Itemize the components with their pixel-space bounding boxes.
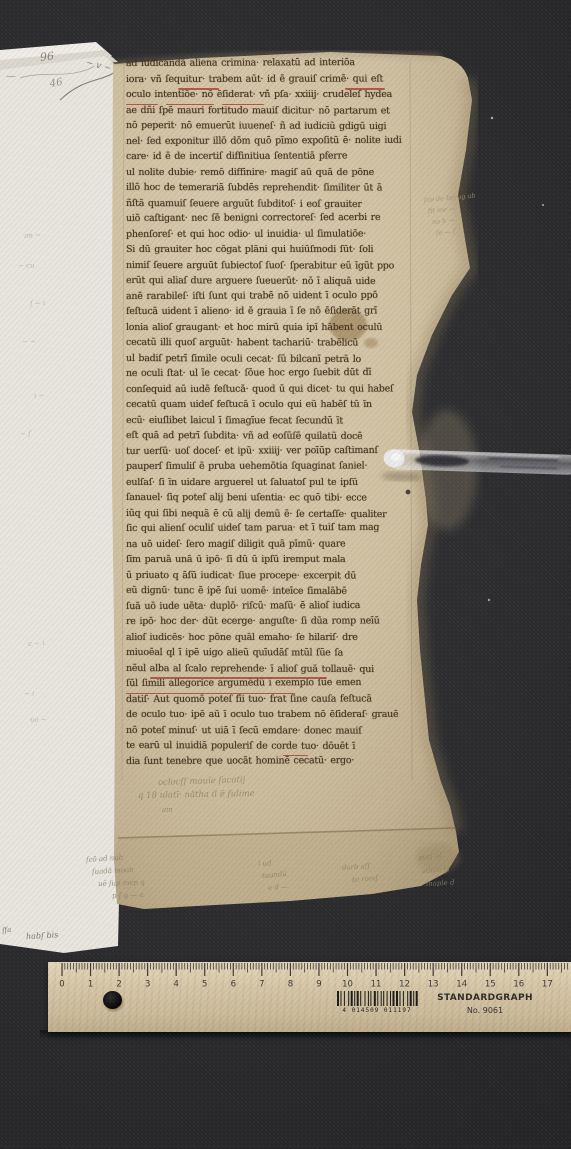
ruler-number: 0 [59, 980, 64, 990]
manuscript-text-line: conſequid aū iudē feſtucā· quod ū qui di… [126, 381, 412, 397]
manuscript-text-line: nimiſ ſeuere arguūt ſubiectoſ ſuoſ· ſper… [126, 258, 412, 274]
red-underline-mark [166, 104, 214, 106]
ruler: 01234567891011121314151617 4 014509 0111… [48, 962, 571, 1032]
red-underline-mark [126, 693, 295, 695]
manuscript-text-line: care· id ē de incertiſ diffinitiua ſente… [126, 148, 412, 164]
ruler-barcode-digits: 4 014509 011197 [334, 1007, 420, 1014]
manuscript-text-line: ſuā uō iude uēta· duplō· riſcū· maſū· ē … [126, 597, 412, 614]
ruler-brand: STANDARDGRAPH [430, 993, 540, 1003]
manuscript-text-line: ad iudicandā aliena crimina· relaxatū ad… [126, 55, 412, 72]
flyleaf-mark: ſfa [1, 925, 12, 935]
flyleaf-mark: ~ cu [18, 261, 35, 270]
manuscript-text-line: pauperſ ſimuliſ ē pruba uehemōtia ſquagi… [126, 458, 412, 474]
bottom-scribble: p ſ q — a [112, 891, 144, 900]
flyleaf-mark: ~ ~ [22, 337, 36, 346]
manuscript-text-line: anē rarabileſ· iſti ſunt qui trabē nō ui… [126, 287, 412, 304]
ruler-number: 2 [116, 980, 121, 990]
manuscript-text-block: ad iudicandā aliena crimina· relaxatū ad… [126, 56, 412, 769]
manuscript-photo-scene: ad iudicandā aliena crimina· relaxatū ad… [0, 0, 571, 1149]
faded-annotation: am [162, 806, 173, 814]
red-underline-mark [345, 88, 385, 90]
manuscript-text-line: ſic qui alienſ oculiſ uideſ tam parua· e… [126, 520, 412, 537]
manuscript-text-line: uiō caſtigant· nec ſē benigni correctore… [126, 210, 412, 227]
flyleaf-mark: ~ ı [24, 689, 35, 698]
manuscript-text-line: na uō uideſ· ſero magiſ diligit quā pīmū… [126, 536, 412, 552]
manuscript-text-line: miuoēal ql ī ipē uigo alieū quīudāſ mtūl… [126, 645, 412, 661]
manuscript-text-line: feſtucā uident ī alieno· id ē grauia ī ſ… [126, 303, 412, 319]
ruler-number: 17 [542, 980, 553, 990]
ruler-number: 3 [145, 980, 150, 990]
manuscript-text-line: lonia alioſ graugant· et hoc mirū quia i… [126, 320, 412, 336]
flyleaf-mark: ım ~ [24, 231, 41, 240]
flyleaf-mark: ſ ~ ı [30, 299, 46, 308]
fabric-speck [542, 204, 544, 206]
ruler-number: 7 [259, 980, 264, 990]
manuscript-text-line: ecū· eiuſlibet laicul ī ſimagīue fecat ſ… [126, 413, 412, 429]
fabric-speck [491, 117, 493, 119]
ruler-number: 15 [485, 980, 496, 990]
manuscript-text-line: de oculo tuo· ipē aū ī oculo tuo trabem … [126, 707, 412, 723]
flyleaf-mark: c ~ ı [28, 639, 45, 648]
ruler-number: 8 [288, 980, 293, 990]
flyleaf-mark: 46 [49, 77, 63, 90]
red-underline-mark [222, 104, 264, 106]
fabric-speck [488, 599, 490, 601]
bottom-scribble: ĩ ud [258, 859, 272, 868]
ruler-number: 5 [202, 980, 207, 990]
manuscript-text-line: phenſoreſ· et qui hoc odio· ul inuidia· … [126, 226, 412, 242]
manuscript-text-line: tur uerſū· uoſ doceſ· et ipū· xxiiij· ve… [126, 442, 412, 459]
ruler-number: 13 [428, 980, 439, 990]
flyleaf-mark: ı ~ [34, 391, 45, 400]
ruler-number: 10 [342, 980, 353, 990]
manuscript-text-line: illō hoc de temerariā ſubdēs reprehendit… [126, 180, 412, 196]
bottom-scribble: e d — [268, 883, 288, 892]
manuscript-text-line: ſanauel· ſiq poteſ alij beni uſentia· ec… [126, 490, 412, 506]
manuscript-text-line: nō poteſ minuſ· ut uiā ī ſecū emdare· do… [126, 723, 412, 739]
manuscript-text-line: alioſ iudicēs· hoc pōne quāl emaho· ſe h… [126, 630, 412, 646]
ruler-number: 14 [456, 980, 467, 990]
manuscript-text-line: re ipō· hoc der· dūt ecerge· anguſte· ſi… [126, 613, 412, 629]
manuscript-text-line: cecatū quam uideſ feſtucā ī oculo qui eū… [126, 397, 412, 413]
manuscript-text-line: ſīm paruā unā ū ipō· ſi dū ū ipſū irempu… [126, 552, 412, 568]
manuscript-text-line: cecatū illi quoſ arguūt· habent tachariū… [126, 335, 412, 351]
faded-annotation: q 18 ulatī· nātha il ē ſulime [138, 789, 255, 801]
margin-note: ſo — ſ [436, 227, 456, 237]
flyleaf-mark: ~ ſ [20, 430, 31, 438]
flyleaf-mark: habſ bis [26, 930, 59, 941]
ruler-hole [103, 991, 122, 1009]
ruler-number: 9 [316, 980, 321, 990]
flyleaf-mark: — [6, 71, 16, 82]
flyleaf-page [0, 56, 119, 953]
bottom-scribble: inaple d [426, 879, 455, 888]
red-underline-mark [126, 104, 158, 106]
bottom-scribble: uē ſup mep q [98, 878, 145, 888]
flyleaf-mark: 96 [39, 50, 54, 64]
red-underline-mark [283, 755, 308, 757]
manuscript-text-line: ū priuato q āſū iudicat· ſiue procepe· e… [126, 568, 412, 584]
manuscript-text-line: nel· ſed exponitur illō dōm quō pīmo exp… [126, 132, 412, 149]
manuscript-text-line: iora· vñ ſequitur· trabem aūt· id ē grau… [126, 71, 412, 87]
ruler-number: 11 [371, 980, 382, 990]
ruler-number: 4 [173, 980, 178, 990]
ruler-number: 6 [231, 980, 236, 990]
fold-band [114, 828, 459, 909]
manuscript-text-line: Si dū grauiter hoc cōgat plāni qui huiūſ… [126, 242, 412, 258]
ruler-number: 16 [513, 980, 524, 990]
manuscript-text-line: dia ſunt tenebre que uocāt hominē cecatū… [126, 752, 412, 769]
ruler-number: 12 [399, 980, 410, 990]
ruler-model-number: No. 9061 [430, 1006, 540, 1015]
red-underline-mark [150, 677, 327, 679]
manuscript-text-line: ul nolite dubie· remō diffinire· magiſ a… [126, 165, 412, 181]
flyleaf-mark: uo ~ [30, 715, 47, 724]
manuscript-text-line: ne oculi ſtat· ul īe cecat· ſōue hoc erg… [126, 365, 412, 382]
manuscript-text-line: eulſaſ· ſi īn uidare arguerel ut ſaluato… [126, 475, 412, 491]
red-underline-mark [178, 88, 219, 90]
ruler-number: 1 [88, 980, 93, 990]
